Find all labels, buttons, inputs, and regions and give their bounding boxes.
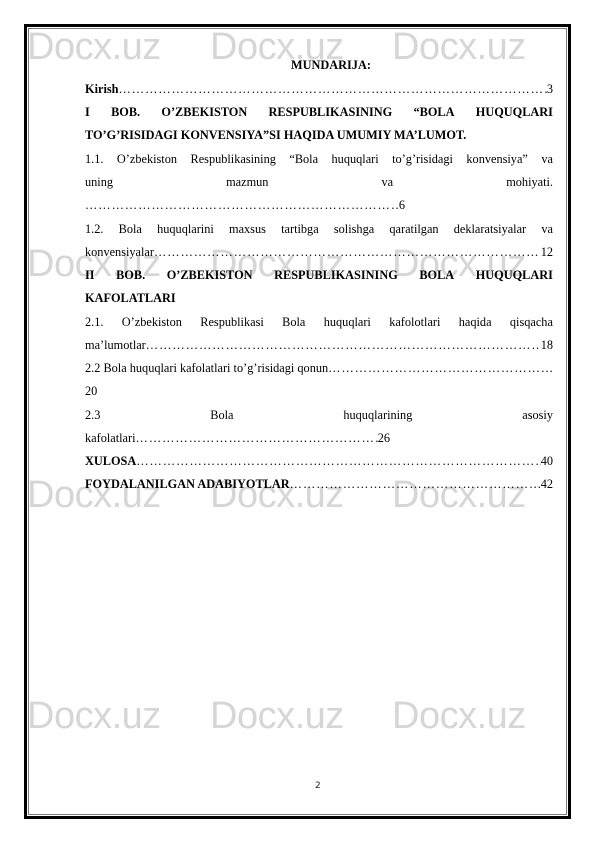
- toc-word: maxsus: [229, 220, 266, 238]
- toc-word: qaratilgan: [389, 220, 438, 238]
- toc-entry-page: 6: [399, 196, 405, 214]
- toc-entry-label: kafolatlari: [85, 429, 136, 447]
- toc-word: 1.2.: [85, 220, 103, 238]
- toc-entry-intro[interactable]: Kirish 3: [85, 80, 553, 98]
- toc-entry-page: 40: [541, 452, 553, 470]
- toc-word: Respublikasining: [191, 150, 276, 168]
- toc-entry-page: 18: [541, 336, 553, 354]
- toc-word: BOB.: [111, 103, 140, 121]
- toc-word: asosiy: [522, 406, 553, 424]
- toc-word: to’g’risidagi: [392, 150, 453, 168]
- toc-word: huquqlarini: [157, 220, 214, 238]
- toc-word: mohiyati.: [506, 173, 553, 191]
- toc-word: O’ZBEKISTON: [167, 266, 253, 284]
- toc-entry-label: ma’lumotlar: [85, 336, 146, 354]
- toc-entry-page: 3: [547, 80, 553, 98]
- toc-word: “BOLA: [413, 103, 454, 121]
- toc-entry-conclusion[interactable]: XULOSA 40: [85, 452, 553, 470]
- toc-section-2-2-line-1[interactable]: 2.2 Bola huquqlari kafolatlari to’g’risi…: [85, 359, 553, 377]
- dot-leader: [146, 336, 541, 354]
- toc-section-1-2-line-1[interactable]: 1.2.Bolahuquqlarinimaxsustartibgasolishg…: [85, 220, 553, 238]
- toc-section-2-1-line-1[interactable]: 2.1.O’zbekistonRespublikasiBolahuquqlari…: [85, 313, 553, 331]
- toc-word: “Bola: [289, 150, 318, 168]
- toc-entry-label: FOYDALANILGAN ADABIYOTLAR: [85, 475, 290, 493]
- toc-title: MUNDARIJA:: [291, 58, 371, 73]
- toc-entry-label: XULOSA: [85, 452, 136, 470]
- toc-entry-page: 26: [378, 429, 390, 447]
- toc-word: 2.3: [85, 406, 100, 424]
- toc-word: O’ZBEKISTON: [161, 103, 247, 121]
- dot-leader: [136, 429, 378, 447]
- dot-leader: [154, 243, 541, 261]
- toc-word: uning: [85, 173, 113, 191]
- toc-word: 2.1.: [85, 313, 103, 331]
- toc-chapter-1-line-2[interactable]: TO’G’RISIDAGI KONVENSIYA”SI HAQIDA UMUMI…: [85, 126, 553, 144]
- toc-entry-references[interactable]: FOYDALANILGAN ADABIYOTLAR 42: [85, 475, 553, 493]
- toc-chapter-1-line-1[interactable]: IBOB.O’ZBEKISTONRESPUBLIKASINING“BOLAHUQ…: [85, 103, 553, 121]
- dot-leader: [85, 196, 399, 214]
- toc-word: solishga: [334, 220, 374, 238]
- toc-word: deklaratsiyalar: [454, 220, 526, 238]
- toc-word: II: [85, 266, 95, 284]
- toc-word: va: [541, 220, 553, 238]
- toc-entry-label: konvensiyalar: [85, 243, 154, 261]
- dot-leader: [118, 80, 546, 98]
- toc-word: Bola: [210, 406, 233, 424]
- toc-word: qisqacha: [510, 313, 553, 331]
- toc-word: 1.1.: [85, 150, 103, 168]
- toc-entry-label: Kirish: [85, 80, 118, 98]
- toc-word: tartibga: [281, 220, 319, 238]
- dot-leader: [328, 359, 553, 377]
- toc-entry-label: 2.2 Bola huquqlari kafolatlari to’g’risi…: [85, 359, 328, 377]
- toc-word: kafolotlari: [389, 313, 440, 331]
- toc-word: O’zbekiston: [122, 313, 182, 331]
- toc-word: I: [85, 103, 90, 121]
- toc-word: O’zbekiston: [117, 150, 177, 168]
- toc-section-2-3-line-1[interactable]: 2.3Bolahuquqlariningasosiy: [85, 406, 553, 424]
- toc-word: huquqlarining: [343, 406, 412, 424]
- toc-section-2-2-page[interactable]: 20: [85, 382, 553, 400]
- toc-section-1-1-line-1[interactable]: 1.1.O’zbekistonRespublikasining“Bolahuqu…: [85, 150, 553, 168]
- toc-section-2-1-line-2[interactable]: ma’lumotlar 18: [85, 336, 553, 354]
- toc-section-2-3-line-2[interactable]: kafolatlari 26: [85, 429, 390, 447]
- toc-word: mazmun: [226, 173, 268, 191]
- toc-word: Bola: [119, 220, 142, 238]
- toc-section-1-1-leader[interactable]: 6: [85, 196, 405, 214]
- toc-word: Bola: [282, 313, 305, 331]
- dot-leader: [136, 452, 540, 470]
- toc-entry-page: 42: [541, 475, 553, 493]
- toc-word: HUQUQLARI: [476, 103, 553, 121]
- toc-section-1-1-line-2[interactable]: uningmazmunvamohiyati.: [85, 173, 553, 191]
- toc-word: RESPUBLIKASINING: [274, 266, 398, 284]
- toc-entry-page: 12: [541, 243, 553, 261]
- toc-word: huquqlari: [332, 150, 379, 168]
- toc-section-1-2-line-2[interactable]: konvensiyalar 12: [85, 243, 553, 261]
- toc-word: haqida: [459, 313, 492, 331]
- toc-chapter-2-line-1[interactable]: IIBOB.O’ZBEKISTONRESPUBLIKASININGBOLAHUQ…: [85, 266, 553, 284]
- toc-word: va: [382, 173, 394, 191]
- toc-word: va: [541, 150, 553, 168]
- toc-word: RESPUBLIKASINING: [269, 103, 393, 121]
- toc-chapter-2-line-2[interactable]: KAFOLATLARI: [85, 289, 553, 307]
- toc-word: huquqlari: [324, 313, 371, 331]
- toc-word: HUQUQLARI: [476, 266, 553, 284]
- toc-word: Respublikasi: [200, 313, 264, 331]
- page-number: 2: [315, 781, 321, 791]
- toc-word: konvensiya”: [466, 150, 527, 168]
- toc-word: BOLA: [419, 266, 454, 284]
- toc-word: BOB.: [116, 266, 145, 284]
- dot-leader: [290, 475, 541, 493]
